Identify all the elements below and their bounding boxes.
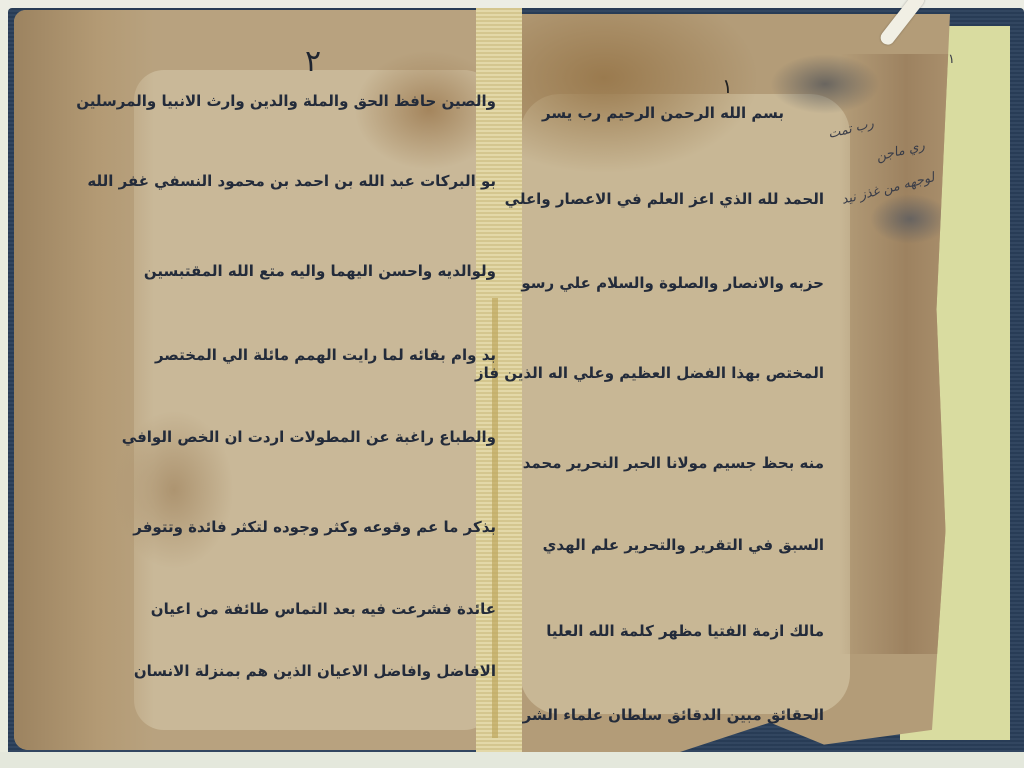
text-line: ولوالديه واحسن اليهما واليه متع الله الم… xyxy=(144,262,496,280)
text-line: مالك ازمة الفتيا مظهر كلمة الله العليا xyxy=(546,622,824,640)
text-line: والطباع راغبة عن المطولات اردت ان الخص ا… xyxy=(122,428,496,446)
page-number: ٢ xyxy=(305,44,321,79)
water-stain-top-right xyxy=(500,14,760,174)
pencil-folio-mark: ١ xyxy=(948,52,955,67)
text-line: بو البركات عبد الله بن احمد بن محمود الن… xyxy=(87,172,496,190)
folio-mark: ١ xyxy=(722,74,733,98)
right-page xyxy=(500,14,950,752)
ink-smudge-2 xyxy=(870,194,950,244)
text-line: المختص بهذا الفضل العظيم وعلي اله الذين … xyxy=(475,364,824,382)
text-line: بد وام بقائه لما رايت الهمم مائلة الي ال… xyxy=(155,346,496,364)
text-line: حزبه والانصار والصلوة والسلام علي رسو xyxy=(521,274,824,292)
text-line: الحمد لله الذي اعز العلم في الاعصار واعل… xyxy=(505,190,824,208)
text-line: والصين حافظ الحق والملة والدين وارث الان… xyxy=(76,92,496,110)
text-line: الحقائق مبين الدقائق سلطان علماء الشر xyxy=(523,706,824,724)
left-page xyxy=(14,10,500,750)
right-page-text-area xyxy=(520,94,850,714)
text-line: بسم الله الرحمن الرحيم رب يسر xyxy=(542,104,784,122)
text-line: عائدة فشرعت فيه بعد التماس طائفة من اعيا… xyxy=(151,600,496,618)
text-line: الافاضل وافاضل الاعيان الذين هم بمنزلة ا… xyxy=(134,662,496,680)
spine-repair-tape xyxy=(476,8,522,756)
text-line: بذكر ما عم وقوعه وكثر وجوده لتكثر فائدة … xyxy=(133,518,496,536)
water-stain-left xyxy=(14,10,154,750)
text-line: السبق في التقرير والتحرير علم الهدي xyxy=(543,536,824,554)
ink-smudge xyxy=(770,54,880,114)
background-bottom xyxy=(0,752,1024,768)
text-line: منه بحظ جسيم مولانا الحبر النحرير محمد xyxy=(523,454,824,472)
